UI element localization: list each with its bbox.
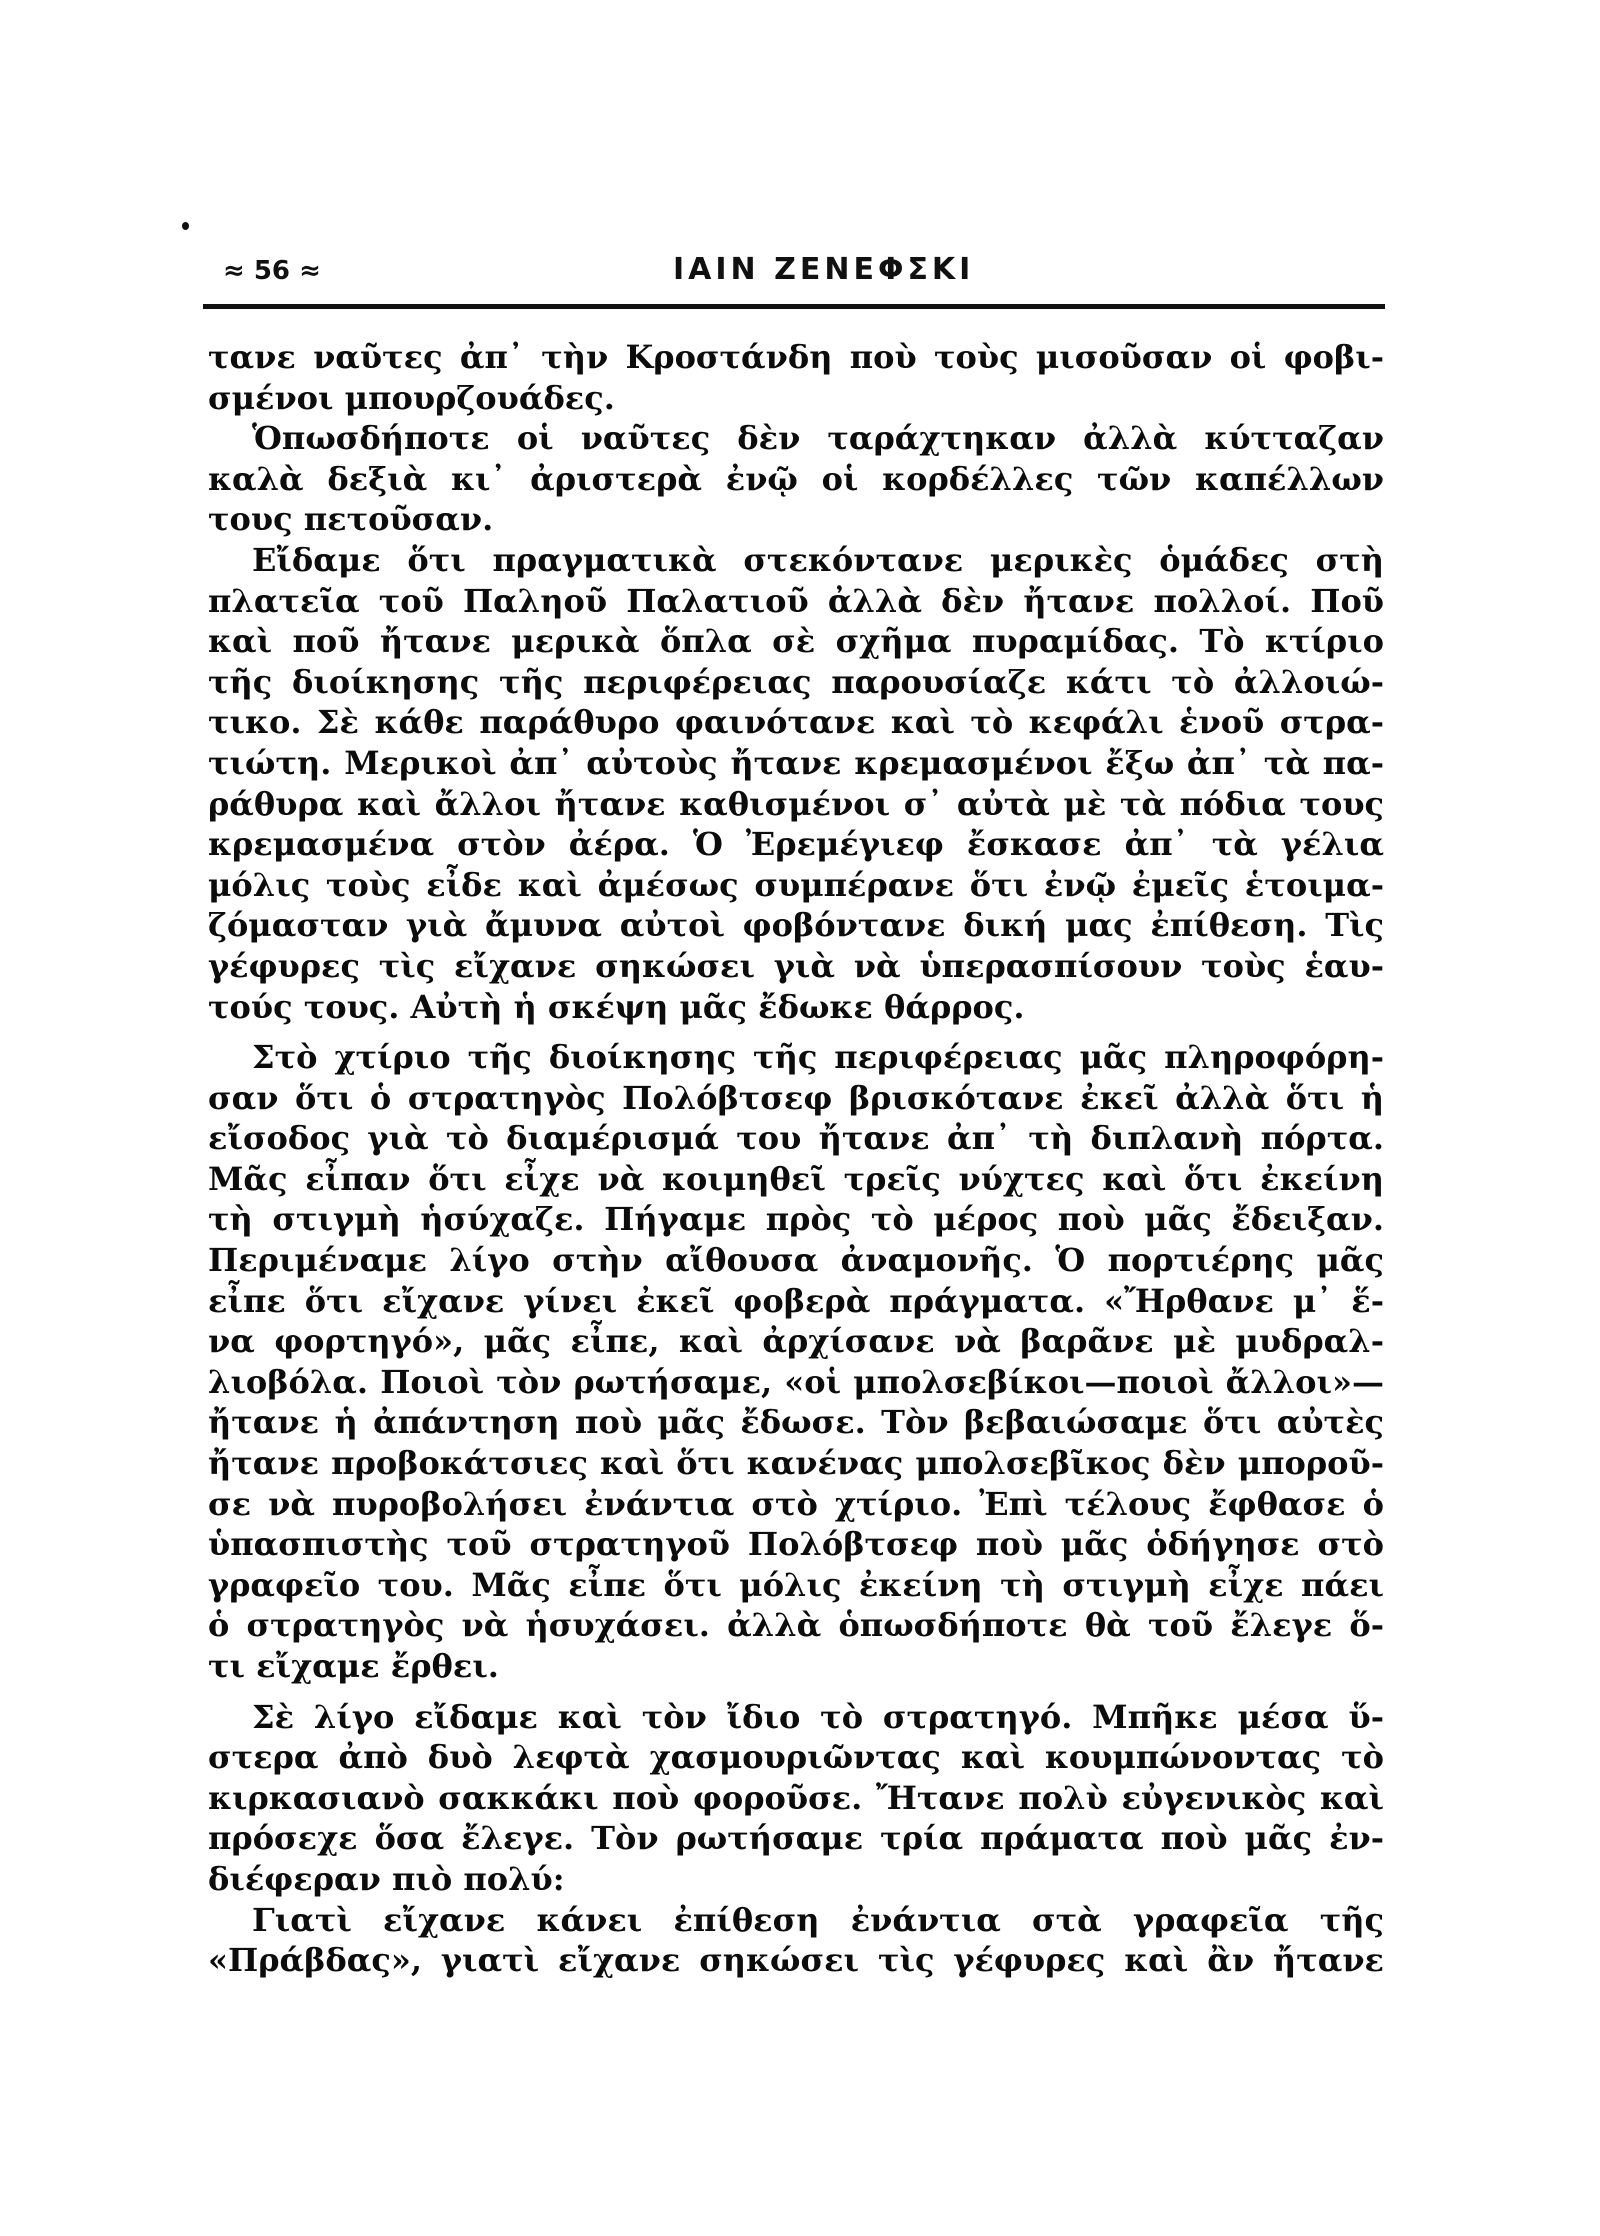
paragraph-gap bbox=[208, 1687, 1384, 1697]
text-line: εἴσοδος γιὰ τὸ διαμέρισμά του ἤτανε ἀπ᾽ … bbox=[208, 1118, 1384, 1159]
text-line: Στὸ χτίριο τῆς διοίκησης τῆς περιφέρειας… bbox=[208, 1037, 1384, 1078]
running-title: ΙΑΙΝ ΖΕΝΕΦΣΚΙ bbox=[673, 252, 974, 287]
text-line: μόλις τοὺς εἶδε καὶ ἀμέσως συμπέρανε ὅτι… bbox=[208, 865, 1384, 906]
text-line: λιοβόλα. Ποιοὶ τὸν ρωτήσαμε, «οἱ μπολσεβ… bbox=[208, 1362, 1384, 1403]
paragraph: Στὸ χτίριο τῆς διοίκησης τῆς περιφέρειας… bbox=[208, 1037, 1384, 1687]
text-line: τῆς διοίκησης τῆς περιφέρειας παρουσίαζε… bbox=[208, 662, 1384, 703]
text-line: κιρκασιανὸ σακκάκι ποὺ φοροῦσε. Ἤτανε πο… bbox=[208, 1778, 1384, 1819]
text-line: ὑπασπιστὴς τοῦ στρατηγοῦ Πολόβτσεφ ποὺ μ… bbox=[208, 1524, 1384, 1565]
text-line: να φορτηγό», μᾶς εἶπε, καὶ ἀρχίσανε νὰ β… bbox=[208, 1321, 1384, 1362]
text-line: ὁ στρατηγὸς νὰ ἡσυχάσει. ἀλλὰ ὁπωσδήποτε… bbox=[208, 1605, 1384, 1646]
text-line: καλὰ δεξιὰ κι᾽ ἀριστερὰ ἐνῷ οἱ κορδέλλες… bbox=[208, 459, 1384, 500]
running-header: ≈ 56 ≈ ΙΑΙΝ ΖΕΝΕΦΣΚΙ bbox=[205, 252, 1385, 302]
text-line: τους πετοῦσαν. bbox=[208, 499, 1384, 540]
text-line: τικο. Σὲ κάθε παράθυρο φαινότανε καὶ τὸ … bbox=[208, 702, 1384, 743]
text-line: γέφυρες τὶς εἴχανε σηκώσει γιὰ νὰ ὑπερασ… bbox=[208, 946, 1384, 987]
text-line: σμένοι μπουρζουάδες. bbox=[208, 378, 1384, 419]
text-line: Περιμέναμε λίγο στὴν αἴθουσα ἀναμονῆς. Ὁ… bbox=[208, 1240, 1384, 1281]
text-line: ἤτανε προβοκάτσιες καὶ ὅτι κανένας μπολσ… bbox=[208, 1443, 1384, 1484]
text-line: διέφεραν πιὸ πολύ: bbox=[208, 1859, 1384, 1900]
paragraph: Ὁπωσδήποτε οἱ ναῦτες δὲν ταράχτηκαν ἀλλὰ… bbox=[208, 418, 1384, 540]
text-line: ράθυρα καὶ ἄλλοι ἤτανε καθισμένοι σ᾽ αὐτ… bbox=[208, 784, 1384, 825]
text-line: Ὁπωσδήποτε οἱ ναῦτες δὲν ταράχτηκαν ἀλλὰ… bbox=[208, 418, 1384, 459]
text-line: κρεμασμένα στὸν ἀέρα. Ὁ Ἐρεμέγιεφ ἔσκασε… bbox=[208, 824, 1384, 865]
scanned-book-page: ≈ 56 ≈ ΙΑΙΝ ΖΕΝΕΦΣΚΙ τανε ναῦτες ἀπ᾽ τὴν… bbox=[0, 0, 1600, 2236]
text-line: ἤτανε ἡ ἀπάντηση ποὺ μᾶς ἔδωσε. Τὸν βεβα… bbox=[208, 1402, 1384, 1443]
text-line: πρόσεχε ὅσα ἔλεγε. Τὸν ρωτήσαμε τρία πρά… bbox=[208, 1818, 1384, 1859]
body-text: τανε ναῦτες ἀπ᾽ τὴν Κροστάνδη ποὺ τοὺς μ… bbox=[208, 337, 1384, 1981]
text-line: στερα ἀπὸ δυὸ λεφτὰ χασμουριῶντας καὶ κο… bbox=[208, 1737, 1384, 1778]
text-line: τι εἴχαμε ἔρθει. bbox=[208, 1646, 1384, 1687]
text-line: ζόμασταν γιὰ ἄμυνα αὐτοὶ φοβόντανε δική … bbox=[208, 905, 1384, 946]
text-line: εἶπε ὅτι εἴχανε γίνει ἐκεῖ φοβερὰ πράγμα… bbox=[208, 1281, 1384, 1322]
text-line: γραφεῖο του. Μᾶς εἶπε ὅτι μόλις ἐκείνη τ… bbox=[208, 1565, 1384, 1606]
text-line: Σὲ λίγο εἴδαμε καὶ τὸν ἴδιο τὸ στρατηγό.… bbox=[208, 1697, 1384, 1738]
paragraph: τανε ναῦτες ἀπ᾽ τὴν Κροστάνδη ποὺ τοὺς μ… bbox=[208, 337, 1384, 418]
paragraph: Γιατὶ εἴχανε κάνει ἐπίθεση ἐνάντια στὰ γ… bbox=[208, 1900, 1384, 1981]
text-line: Γιατὶ εἴχανε κάνει ἐπίθεση ἐνάντια στὰ γ… bbox=[208, 1900, 1384, 1941]
paragraph-gap bbox=[208, 1027, 1384, 1037]
text-line: σε νὰ πυροβολήσει ἐνάντια στὸ χτίριο. Ἐπ… bbox=[208, 1484, 1384, 1525]
text-line: Εἴδαμε ὅτι πραγματικὰ στεκόντανε μερικὲς… bbox=[208, 540, 1384, 581]
paragraph: Σὲ λίγο εἴδαμε καὶ τὸν ἴδιο τὸ στρατηγό.… bbox=[208, 1697, 1384, 1900]
text-line: τούς τους. Αὐτὴ ἡ σκέψη μᾶς ἔδωκε θάρρος… bbox=[208, 987, 1384, 1028]
text-line: τιώτη. Μερικοὶ ἀπ᾽ αὐτοὺς ἤτανε κρεμασμέ… bbox=[208, 743, 1384, 784]
text-line: «Πράβδας», γιατὶ εἴχανε σηκώσει τὶς γέφυ… bbox=[208, 1940, 1384, 1981]
header-rule bbox=[203, 304, 1385, 309]
paragraph: Εἴδαμε ὅτι πραγματικὰ στεκόντανε μερικὲς… bbox=[208, 540, 1384, 1027]
text-line: πλατεῖα τοῦ Παληοῦ Παλατιοῦ ἀλλὰ δὲν ἤτα… bbox=[208, 581, 1384, 622]
text-line: τὴ στιγμὴ ἡσύχαζε. Πήγαμε πρὸς τὸ μέρος … bbox=[208, 1199, 1384, 1240]
text-line: τανε ναῦτες ἀπ᾽ τὴν Κροστάνδη ποὺ τοὺς μ… bbox=[208, 337, 1384, 378]
text-line: σαν ὅτι ὁ στρατηγὸς Πολόβτσεφ βρισκότανε… bbox=[208, 1078, 1384, 1119]
scan-speck bbox=[182, 222, 189, 230]
page-number: ≈ 56 ≈ bbox=[223, 256, 321, 286]
text-line: καὶ ποῦ ἤτανε μερικὰ ὅπλα σὲ σχῆμα πυραμ… bbox=[208, 621, 1384, 662]
text-line: Μᾶς εἶπαν ὅτι εἶχε νὰ κοιμηθεῖ τρεῖς νύχ… bbox=[208, 1159, 1384, 1200]
